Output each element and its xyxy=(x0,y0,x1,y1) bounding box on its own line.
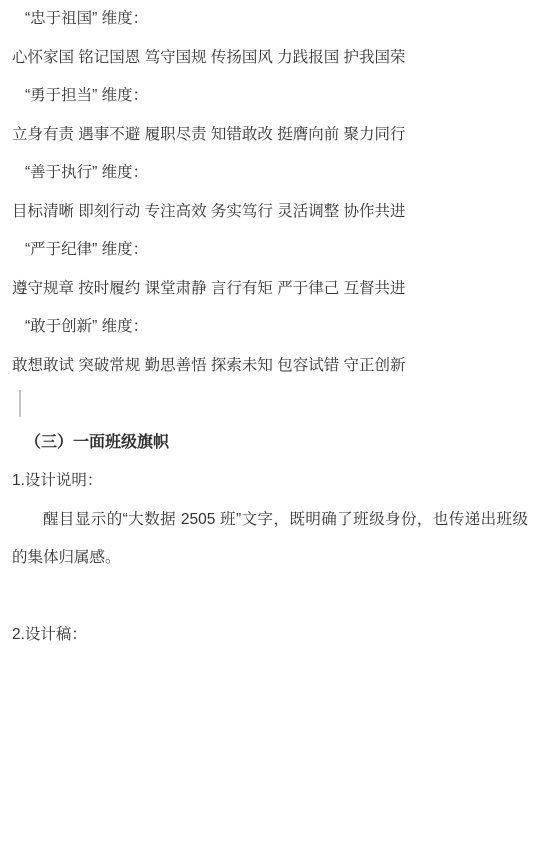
dimension-title-line: “敢于创新” 维度： xyxy=(0,308,554,347)
dimension-title-line: “善于执行” 维度： xyxy=(0,154,554,193)
dimension-title-line: “严于纪律” 维度： xyxy=(0,231,554,270)
paragraph-line: 醒目显示的“大数据 2505 班”文字，既明确了班级身份，也传递出班级 xyxy=(0,501,554,540)
dimension-title-line: “忠于祖国” 维度： xyxy=(0,0,554,39)
empty-paragraph-line xyxy=(0,385,554,424)
document-page[interactable]: “忠于祖国” 维度： 心怀家国 铭记国恩 笃守国规 传扬国风 力践报国 护我国荣… xyxy=(0,0,554,861)
dimension-title-line: “勇于担当” 维度： xyxy=(0,77,554,116)
dimension-values-line: 遵守规章 按时履约 课堂肃静 言行有矩 严于律己 互督共进 xyxy=(0,270,554,309)
paragraph-line: 的集体归属感。 xyxy=(0,539,554,578)
text-caret xyxy=(19,390,21,417)
numbered-item-line: 2.设计稿： xyxy=(0,616,554,655)
dimension-values-line: 目标清晰 即刻行动 专注高效 务实笃行 灵活调整 协作共进 xyxy=(0,193,554,232)
blank-line xyxy=(0,578,554,617)
dimension-values-line: 立身有责 遇事不避 履职尽责 知错敢改 挺膺向前 聚力同行 xyxy=(0,116,554,155)
numbered-item-line: 1.设计说明： xyxy=(0,462,554,501)
dimension-values-line: 敢想敢试 突破常规 勤思善悟 探索未知 包容试错 守正创新 xyxy=(0,347,554,386)
dimension-values-line: 心怀家国 铭记国恩 笃守国规 传扬国风 力践报国 护我国荣 xyxy=(0,39,554,78)
section-heading: （三）一面班级旗帜 xyxy=(0,424,554,463)
